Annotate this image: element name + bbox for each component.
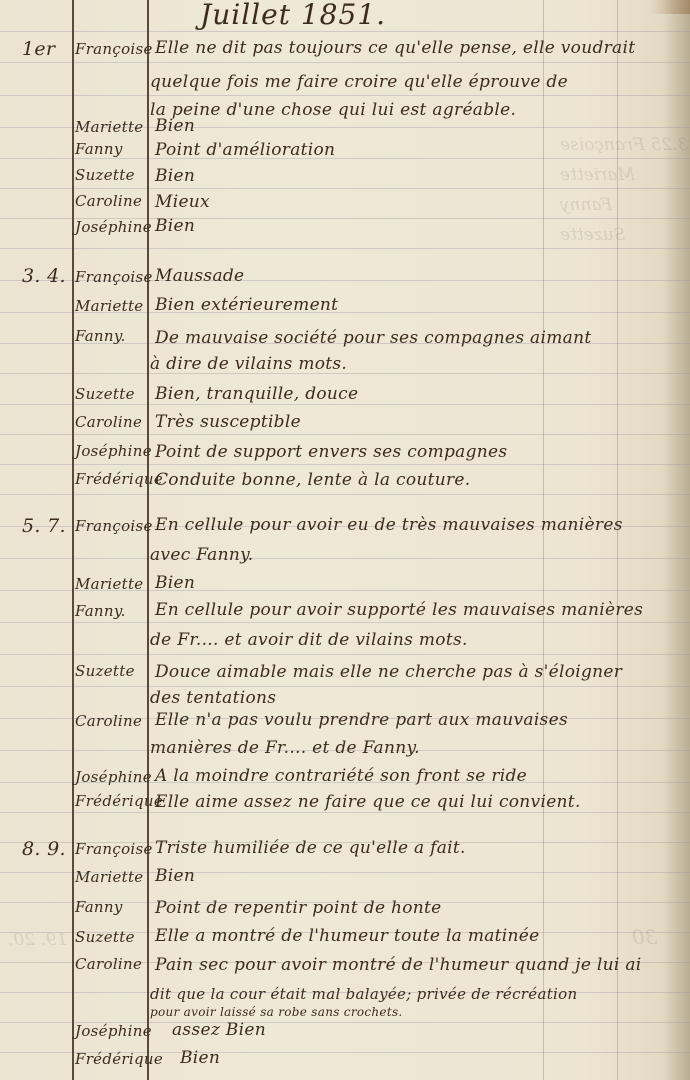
- student-name: Fanny: [75, 140, 123, 158]
- ruled-line: [0, 434, 690, 435]
- ruled-line: [0, 812, 690, 813]
- ruled-line: [0, 31, 690, 32]
- student-name: Suzette: [75, 385, 135, 403]
- student-name: Suzette: [75, 166, 135, 184]
- entry-text: Mieux: [155, 192, 210, 212]
- student-name: Joséphine: [75, 218, 152, 236]
- section-date: 1er: [22, 38, 55, 60]
- entry-text: de Fr.... et avoir dit de vilains mots.: [150, 630, 468, 650]
- student-name: Mariette: [75, 868, 143, 886]
- student-name: Françoise: [75, 840, 153, 858]
- entry-text: Bien, tranquille, douce: [155, 384, 358, 404]
- ruled-line: [0, 686, 690, 687]
- entry-text: Douce aimable mais elle ne cherche pas à…: [155, 662, 622, 682]
- right-column-line: [617, 0, 618, 1080]
- entry-text: assez Bien: [172, 1020, 266, 1040]
- student-name: Caroline: [75, 192, 142, 210]
- date-column-line: [72, 0, 74, 1080]
- entry-text: Conduite bonne, lente à la couture.: [155, 470, 470, 490]
- student-name: Mariette: [75, 575, 143, 593]
- bleed-through-text: Mariette: [560, 165, 635, 185]
- entry-text: avec Fanny.: [150, 545, 253, 565]
- student-name: Françoise: [75, 517, 153, 535]
- page-edge-shadow: [650, 0, 690, 14]
- entry-text: Pain sec pour avoir montré de l'humeur q…: [155, 955, 642, 975]
- student-name: Françoise: [75, 40, 153, 58]
- ruled-line: [0, 248, 690, 249]
- manuscript-page: 23.25 Françoise Mariette Fanny Suzette 3…: [0, 0, 690, 1080]
- student-name: Françoise: [75, 268, 153, 286]
- entry-text: Bien: [155, 166, 195, 186]
- entry-text: la peine d'une chose qui lui est agréabl…: [150, 100, 516, 120]
- ruled-line: [0, 622, 690, 623]
- entry-text: Point d'amélioration: [155, 140, 335, 160]
- entry-text: Bien: [155, 116, 195, 136]
- student-name: Fanny.: [75, 602, 126, 620]
- bleed-through-text: 23.25 Françoise: [560, 135, 690, 155]
- entry-text: Elle ne dit pas toujours ce qu'elle pens…: [155, 38, 635, 58]
- entry-text: dit que la cour était mal balayée; privé…: [150, 985, 577, 1003]
- entry-text: A la moindre contrariété son front se ri…: [155, 766, 527, 786]
- entry-text: Bien: [155, 573, 195, 593]
- name-column-line: [147, 0, 149, 1080]
- student-name: Joséphine: [75, 1022, 152, 1040]
- student-name: Mariette: [75, 118, 143, 136]
- page-title: Juillet 1851.: [200, 0, 386, 31]
- student-name: Joséphine: [75, 442, 152, 460]
- section-date: 3. 4.: [22, 265, 66, 287]
- ruled-line: [0, 404, 690, 405]
- bleed-through-text: Fanny: [560, 195, 612, 215]
- ruled-line: [0, 494, 690, 495]
- ruled-line: [0, 464, 690, 465]
- entry-text: des tentations: [150, 688, 276, 708]
- entry-text: Point de repentir point de honte: [155, 898, 442, 918]
- student-name: Caroline: [75, 413, 142, 431]
- ruled-line: [0, 62, 690, 63]
- entry-text: Bien: [180, 1048, 220, 1068]
- section-date: 8. 9.: [22, 838, 66, 860]
- entry-text: Elle a montré de l'humeur toute la matin…: [155, 926, 540, 946]
- entry-text: Triste humiliée de ce qu'elle a fait.: [155, 838, 466, 858]
- entry-text: Maussade: [155, 266, 244, 286]
- ruled-line: [0, 95, 690, 96]
- ruled-line: [0, 654, 690, 655]
- student-name: Mariette: [75, 297, 143, 315]
- bleed-through-text: Suzette: [560, 225, 625, 245]
- student-name: Fanny.: [75, 327, 126, 345]
- student-name: Frédérique: [75, 470, 163, 488]
- entry-text: à dire de vilains mots.: [150, 354, 347, 374]
- entry-text: En cellule pour avoir eu de très mauvais…: [155, 515, 623, 535]
- student-name: Suzette: [75, 662, 135, 680]
- entry-text: Bien extérieurement: [155, 295, 338, 315]
- entry-text: Bien: [155, 866, 195, 886]
- student-name: Joséphine: [75, 768, 152, 786]
- entry-text: Très susceptible: [155, 412, 301, 432]
- ruled-line: [0, 188, 690, 189]
- section-date: 5. 7.: [22, 515, 66, 537]
- student-name: Frédérique: [75, 1050, 163, 1068]
- entry-text: Point de support envers ses compagnes: [155, 442, 507, 462]
- entry-text: pour avoir laissé sa robe sans crochets.: [150, 1005, 403, 1019]
- entry-text: De mauvaise société pour ses compagnes a…: [155, 328, 591, 348]
- entry-text: Elle aime assez ne faire que ce qui lui …: [155, 792, 581, 812]
- student-name: Suzette: [75, 928, 135, 946]
- entry-text: manières de Fr.... et de Fanny.: [150, 738, 420, 758]
- entry-text: Elle n'a pas voulu prendre part aux mauv…: [155, 710, 568, 730]
- right-column-line: [543, 0, 544, 1080]
- ruled-line: [0, 158, 690, 159]
- student-name: Frédérique: [75, 792, 163, 810]
- ruled-line: [0, 558, 690, 559]
- student-name: Caroline: [75, 955, 142, 973]
- entry-text: quelque fois me faire croire qu'elle épr…: [150, 72, 568, 92]
- entry-text: Bien: [155, 216, 195, 236]
- bleed-through-page-number: 30: [632, 925, 657, 949]
- student-name: Caroline: [75, 712, 142, 730]
- bleed-through-date: 19. 20.: [8, 930, 67, 950]
- entry-text: En cellule pour avoir supporté les mauva…: [155, 600, 643, 620]
- student-name: Fanny: [75, 898, 123, 916]
